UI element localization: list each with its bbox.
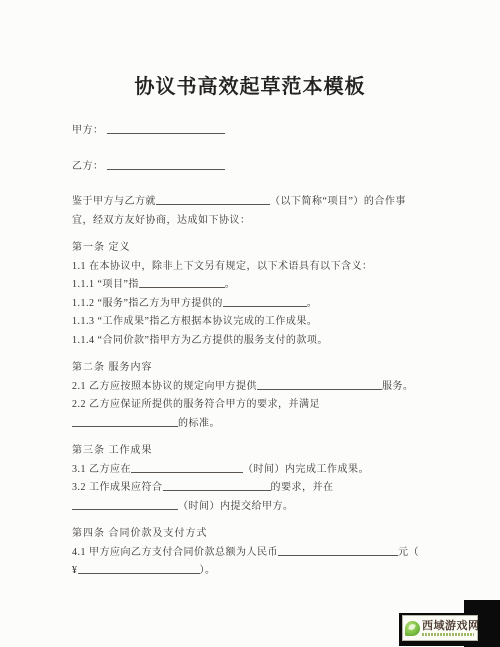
text-run: 1.1.2 “服务”指乙方为甲方提供的: [72, 298, 223, 309]
section-heading: 第四条 合同价款及支付方式: [72, 525, 458, 544]
text-run: 2.1 乙方应按照本协议的规定向甲方提供: [72, 381, 257, 392]
section-line: 1.1.3 “工作成果”指乙方根据本协议完成的工作成果。: [72, 313, 458, 332]
text-run: 3.1 乙方应在: [72, 464, 131, 475]
text-run: 1.1.4 “合同价款”指甲方为乙方提供的服务支付的款项。: [72, 335, 328, 346]
section-line: 1.1 在本协议中，除非上下文另有规定，以下术语具有以下含义：: [72, 258, 458, 277]
section-line: （时间）内提交给甲方。: [72, 498, 458, 517]
text-run: 服务。: [382, 381, 414, 392]
section-line: 3.2 工作成果应符合的要求，并在: [72, 479, 458, 498]
text-run: 1.1 在本协议中，除非上下文另有规定，以下术语具有以下含义：: [72, 261, 373, 272]
text-run: 的要求，并在: [271, 482, 334, 493]
contract-section: 第二条 服务内容2.1 乙方应按照本协议的规定向甲方提供服务。2.2 乙方应保证…: [72, 359, 458, 433]
text-run: 1.1.3 “工作成果”指乙方根据本协议完成的工作成果。: [72, 316, 317, 327]
logo-tagline-microtext: [422, 633, 474, 636]
section-line: 1.1.2 “服务”指乙方为甲方提供的。: [72, 295, 458, 314]
preamble-line: 鉴于甲方与乙方就（以下简称“项目”）的合作事: [72, 193, 458, 212]
text-run: （以下简称“项目”）的合作事: [270, 196, 406, 207]
party-line: 乙方：: [72, 158, 458, 177]
text-run: ）。: [200, 565, 216, 576]
fill-in-blank: [223, 298, 307, 307]
text-run: 3.2 工作成果应符合: [72, 482, 163, 493]
text-run: 元（: [398, 547, 419, 558]
text-run: 甲方：: [72, 125, 107, 136]
fill-in-blank: [257, 381, 382, 390]
section-heading: 第三条 工作成果: [72, 442, 458, 461]
fill-in-blank: [131, 464, 243, 473]
text-run: 乙方：: [72, 161, 107, 172]
preamble-line: 宜，经双方友好协商，达成如下协议：: [72, 212, 458, 231]
text-run: 4.1 甲方应向乙方支付合同价款总额为人民币: [72, 547, 278, 558]
text-run: 的标准。: [178, 418, 220, 429]
contract-section: 第四条 合同价款及支付方式4.1 甲方应向乙方支付合同价款总额为人民币元（¥）。: [72, 525, 458, 581]
party-lines: 甲方： 乙方：: [72, 122, 458, 176]
fill-in-blank: [163, 482, 271, 491]
section-line: 1.1.4 “合同价款”指甲方为乙方提供的服务支付的款项。: [72, 332, 458, 351]
text-run: 2.2 乙方应保证所提供的服务符合甲方的要求，并满足: [72, 399, 320, 410]
section-line: 2.2 乙方应保证所提供的服务符合甲方的要求，并满足: [72, 396, 458, 415]
section-line: 3.1 乙方应在（时间）内完成工作成果。: [72, 461, 458, 480]
fill-in-blank: [72, 418, 178, 427]
text-run: 。: [225, 279, 236, 290]
contract-section: 第一条 定义1.1 在本协议中，除非上下文另有规定，以下术语具有以下含义：1.1…: [72, 239, 458, 350]
site-name: 西域游戏网: [422, 620, 475, 632]
party-line: 甲方：: [72, 122, 458, 141]
document-title: 协议书高效起草范本模板: [0, 76, 500, 98]
fill-in-blank: [278, 547, 398, 556]
section-line: 的标准。: [72, 415, 458, 434]
contract-section: 第三条 工作成果3.1 乙方应在（时间）内完成工作成果。3.2 工作成果应符合的…: [72, 442, 458, 516]
section-heading: 第二条 服务内容: [72, 359, 458, 378]
contract-sections: 第一条 定义1.1 在本协议中，除非上下文另有规定，以下术语具有以下含义：1.1…: [72, 239, 458, 581]
preamble: 鉴于甲方与乙方就（以下简称“项目”）的合作事宜，经双方友好协商，达成如下协议：: [72, 193, 458, 230]
site-watermark-logo: 西域游戏网: [402, 615, 478, 641]
fill-in-blank: [78, 565, 200, 574]
fill-in-blank: [156, 196, 270, 205]
text-run: 。: [307, 298, 318, 309]
text-run: （时间）内提交给甲方。: [178, 501, 294, 512]
text-run: 鉴于甲方与乙方就: [72, 196, 156, 207]
fill-in-blank: [139, 279, 225, 288]
text-run: （时间）内完成工作成果。: [243, 464, 369, 475]
fill-in-blank: [107, 125, 225, 134]
fill-in-blank: [107, 161, 225, 170]
section-line: 1.1.1 “项目”指。: [72, 276, 458, 295]
watermark-text-wrap: 西域游戏网: [422, 620, 475, 636]
document-page: 协议书高效起草范本模板 甲方： 乙方： 鉴于甲方与乙方就（以下简称“项目”）的合…: [0, 0, 500, 581]
sprout-leaf-icon: [405, 621, 420, 636]
text-run: 1.1.1 “项目”指: [72, 279, 139, 290]
section-line: 4.1 甲方应向乙方支付合同价款总额为人民币元（: [72, 544, 458, 563]
fill-in-blank: [72, 501, 178, 510]
text-run: 宜，经双方友好协商，达成如下协议：: [72, 215, 251, 226]
section-line: 2.1 乙方应按照本协议的规定向甲方提供服务。: [72, 378, 458, 397]
section-line: ¥）。: [72, 562, 458, 581]
section-heading: 第一条 定义: [72, 239, 458, 258]
